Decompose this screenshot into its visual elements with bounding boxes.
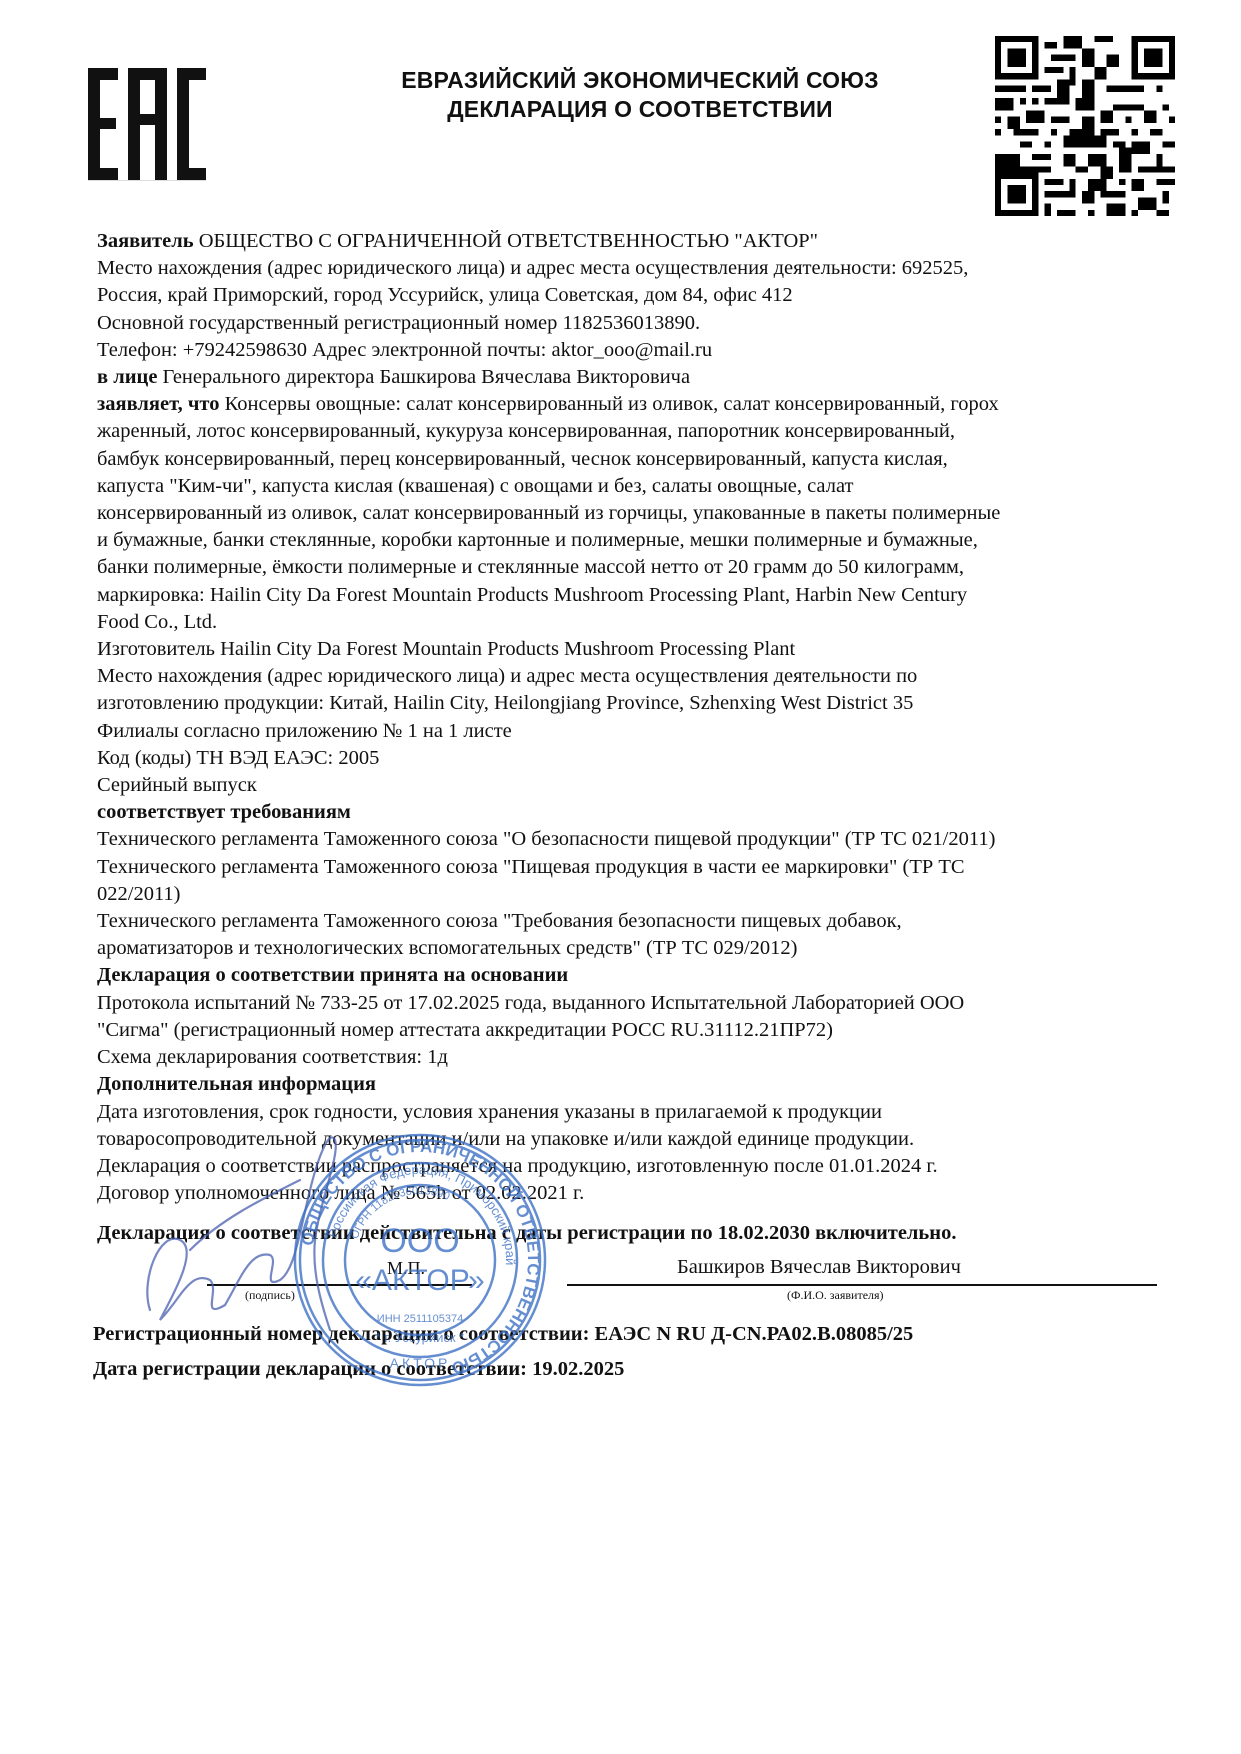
applicant-label: Заявитель xyxy=(97,230,194,252)
declares-line-5: и бумажные, банки стеклянные, коробки ка… xyxy=(97,527,1157,554)
name-line xyxy=(567,1284,1157,1286)
declares-line-6: банки полимерные, ёмкости полимерные и с… xyxy=(97,554,1157,581)
represented-line: в лице Генерального директора Башкирова … xyxy=(97,364,1157,391)
branches: Филиалы согласно приложению № 1 на 1 лис… xyxy=(97,718,1157,745)
declaration-scheme: Схема декларирования соответствия: 1д xyxy=(97,1044,1157,1071)
production-type: Серийный выпуск xyxy=(97,772,1157,799)
represented-label: в лице xyxy=(97,366,157,388)
applicant-contacts: Телефон: +79242598630 Адрес электронной … xyxy=(97,337,1157,364)
svg-text:ИНН 2511105374: ИНН 2511105374 xyxy=(377,1313,463,1325)
basis-line-1: Протокола испытаний № 733-25 от 17.02.20… xyxy=(97,990,1157,1017)
signer-name: Башкиров Вячеслав Викторович xyxy=(677,1256,961,1279)
declares-line-8: Food Co., Ltd. xyxy=(97,609,1157,636)
requirement-line-3: Технического регламента Таможенного союз… xyxy=(97,908,1157,935)
declares-line-0: заявляет, что Консервы овощные: салат ко… xyxy=(97,391,1157,418)
manufacturer-address-2: изготовлению продукции: Китай, Hailin Ci… xyxy=(97,690,1157,717)
title-declaration: ДЕКЛАРАЦИЯ О СООТВЕТСТВИИ xyxy=(300,95,980,124)
requirements-heading: соответствует требованиям xyxy=(97,799,1157,826)
company-stamp-icon: ОБЩЕСТВО С ОГРАНИЧЕННОЙ ОТВЕТСТВЕННОСТЬЮ… xyxy=(290,1130,550,1390)
applicant-name: ОБЩЕСТВО С ОГРАНИЧЕННОЙ ОТВЕТСТВЕННОСТЬЮ… xyxy=(199,230,818,252)
requirement-line-2: 022/2011) xyxy=(97,881,1157,908)
svg-text:* г. Уссурийск *: * г. Уссурийск * xyxy=(376,1330,464,1345)
svg-text:АКТОР: АКТОР xyxy=(390,1355,451,1371)
declaration-body: Заявитель ОБЩЕСТВО С ОГРАНИЧЕННОЙ ОТВЕТС… xyxy=(97,228,1157,1207)
applicant-ogrn: Основной государственный регистрационный… xyxy=(97,310,1157,337)
declares-line-1: жаренный, лотос консервированный, кукуру… xyxy=(97,418,1157,445)
declares-line-4: консервированный из оливок, салат консер… xyxy=(97,500,1157,527)
title-union: ЕВРАЗИЙСКИЙ ЭКОНОМИЧЕСКИЙ СОЮЗ xyxy=(300,66,980,95)
represented-by: Генерального директора Башкирова Вячесла… xyxy=(163,366,691,388)
applicant-line: Заявитель ОБЩЕСТВО С ОГРАНИЧЕННОЙ ОТВЕТС… xyxy=(97,228,1157,255)
hs-code: Код (коды) ТН ВЭД ЕАЭС: 2005 xyxy=(97,745,1157,772)
manufacturer-address-1: Место нахождения (адрес юридического лиц… xyxy=(97,663,1157,690)
basis-line-2: "Сигма" (регистрационный номер аттестата… xyxy=(97,1017,1157,1044)
qr-code-icon[interactable] xyxy=(995,36,1175,216)
logo-divider xyxy=(88,180,206,181)
additional-heading: Дополнительная информация xyxy=(97,1071,1157,1098)
svg-text:ООО: ООО xyxy=(380,1222,459,1260)
declares-line-2: бамбук консервированный, перец консервир… xyxy=(97,446,1157,473)
declares-line-3: капуста "Ким-чи", капуста кислая (квашен… xyxy=(97,473,1157,500)
document-title: ЕВРАЗИЙСКИЙ ЭКОНОМИЧЕСКИЙ СОЮЗ ДЕКЛАРАЦИ… xyxy=(300,66,980,124)
additional-line-0: Дата изготовления, срок годности, услови… xyxy=(97,1099,1157,1126)
requirement-line-4: ароматизаторов и технологических вспомог… xyxy=(97,935,1157,962)
name-caption: (Ф.И.О. заявителя) xyxy=(787,1288,884,1303)
manufacturer-name: Изготовитель Hailin City Da Forest Mount… xyxy=(97,636,1157,663)
declares-label: заявляет, что xyxy=(97,393,219,415)
eac-logo xyxy=(88,68,206,180)
applicant-address-1: Место нахождения (адрес юридического лиц… xyxy=(97,255,1157,282)
requirement-line-1: Технического регламента Таможенного союз… xyxy=(97,854,1157,881)
applicant-address-2: Россия, край Приморский, город Уссурийск… xyxy=(97,282,1157,309)
svg-text:«АКТОР»: «АКТОР» xyxy=(355,1264,485,1297)
declares-line-7: маркировка: Hailin City Da Forest Mounta… xyxy=(97,582,1157,609)
basis-heading: Декларация о соответствии принята на осн… xyxy=(97,962,1157,989)
requirement-line-0: Технического регламента Таможенного союз… xyxy=(97,826,1157,853)
